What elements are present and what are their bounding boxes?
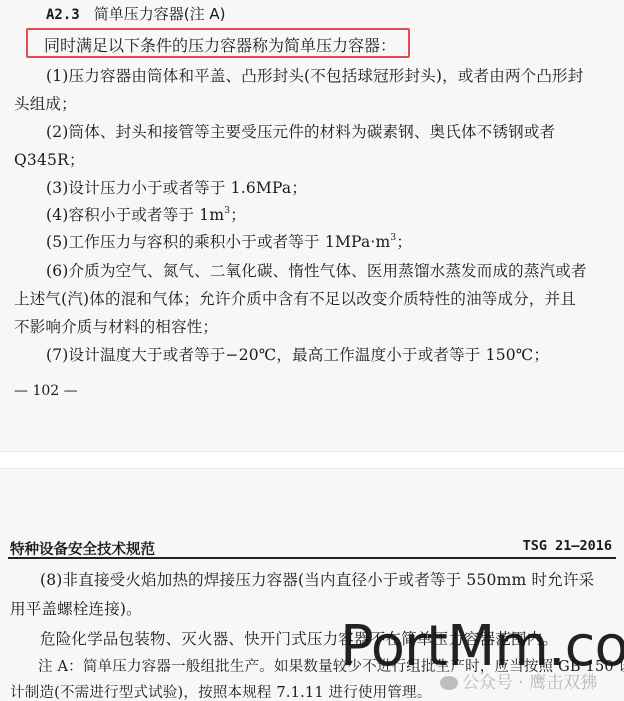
- item-6-line-3: 不影响介质与材料的相容性；: [14, 315, 218, 337]
- wechat-icon: [440, 676, 458, 690]
- document-page-top: A2.3简单压力容器(注 A) 同时满足以下条件的压力容器称为简单压力容器： (…: [0, 0, 624, 452]
- wechat-watermark-text: 公众号 · 鹰击双狒: [462, 673, 597, 693]
- item-1-line-2: 头组成；: [14, 92, 77, 114]
- item-3: (3)设计压力小于或者等于 1.6MPa；: [46, 176, 307, 198]
- highlighted-sentence: 同时满足以下条件的压力容器称为简单压力容器：: [44, 33, 396, 56]
- item-5: (5)工作压力与容积的乘积小于或者等于 1MPa·m3；: [46, 230, 412, 252]
- item-5-punct: ；: [396, 233, 412, 251]
- item-8-line-2: 用平盖螺栓连接)。: [10, 597, 142, 619]
- item-4-text: (4)容积小于或者等于 1m: [46, 206, 224, 224]
- running-header-right: TSG 21—2016: [523, 538, 612, 554]
- section-number: A2.3: [46, 7, 80, 23]
- item-7: (7)设计温度大于或者等于−20℃，最高工作温度小于或者等于 150℃；: [46, 343, 549, 365]
- item-4-punct: ；: [230, 206, 246, 224]
- item-6-line-2: 上述气(汽)体的混和气体；允许介质中含有不足以改变介质特性的油等成分，并且: [14, 287, 576, 309]
- section-title: 简单压力容器(注 A): [94, 5, 226, 23]
- header-rule: [8, 557, 616, 559]
- section-heading: A2.3简单压力容器(注 A): [46, 3, 225, 24]
- page-number: — 102 —: [14, 383, 78, 399]
- item-6-line-1: (6)介质为空气、氮气、二氧化碳、惰性气体、医用蒸馏水蒸发而成的蒸汽或者: [46, 259, 587, 281]
- item-2-line-1: (2)筒体、封头和接管等主要受压元件的材料为碳素钢、奥氏体不锈钢或者: [46, 120, 555, 142]
- note-a-line-2: 计制造(不需进行型式试验)，按照本规程 7.1.11 进行使用管理。: [10, 681, 431, 701]
- item-5-text: (5)工作压力与容积的乘积小于或者等于 1MPa·m: [46, 233, 390, 251]
- item-8-line-1: (8)非直接受火焰加热的焊接压力容器(当内直径小于或者等于 550mm 时允许采: [40, 568, 594, 590]
- page-gap: [0, 452, 624, 468]
- wechat-watermark: 公众号 · 鹰击双狒: [440, 668, 597, 693]
- item-1-line-1: (1)压力容器由筒体和平盖、凸形封头(不包括球冠形封头)，或者由两个凸形封: [46, 64, 583, 86]
- item-2-line-2: Q345R；: [14, 148, 85, 170]
- item-4: (4)容积小于或者等于 1m3；: [46, 203, 246, 225]
- running-header-left: 特种设备安全技术规范: [10, 538, 155, 559]
